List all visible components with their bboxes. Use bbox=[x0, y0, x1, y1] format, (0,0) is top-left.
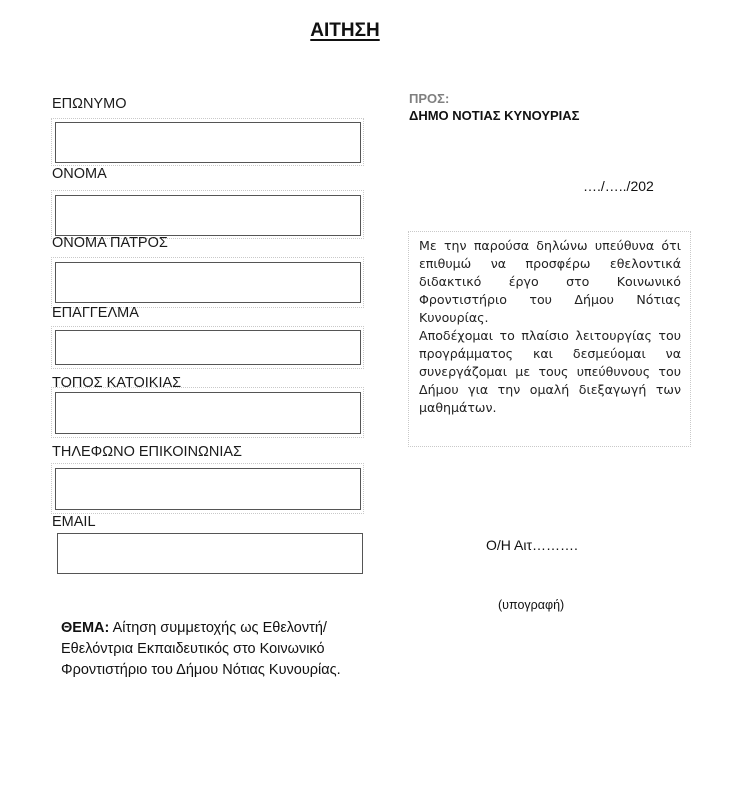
subject-block: ΘΕΜΑ: Αίτηση συμμετοχής ως Εθελοντή/Εθελ… bbox=[61, 618, 351, 681]
email-label: EMAIL bbox=[52, 514, 96, 530]
declaration-paragraph-1: Με την παρούσα δηλώνω υπεύθυνα ότι επιθυ… bbox=[419, 237, 681, 327]
first-name-field[interactable] bbox=[55, 195, 361, 236]
recipient-label: ΠΡΟΣ: bbox=[409, 91, 449, 106]
email-field[interactable] bbox=[57, 533, 363, 574]
applicant-signature-label: Ο/Η Αιτ………. bbox=[486, 537, 578, 553]
surname-field[interactable] bbox=[55, 122, 361, 163]
occupation-label: ΕΠΑΓΓΕΛΜΑ bbox=[52, 305, 139, 321]
occupation-field[interactable] bbox=[55, 330, 361, 365]
father-name-label: ΟΝΟΜΑ ΠΑΤΡΟΣ bbox=[52, 235, 168, 251]
first-name-label: ΟΝΟΜΑ bbox=[52, 166, 107, 182]
residence-field[interactable] bbox=[55, 392, 361, 434]
signature-hint: (υπογραφή) bbox=[498, 598, 564, 612]
father-name-field[interactable] bbox=[55, 262, 361, 303]
recipient-name: ΔΗΜΟ ΝΟΤΙΑΣ ΚΥΝΟΥΡΙΑΣ bbox=[409, 108, 579, 123]
page-title: ΑΙΤΗΣΗ bbox=[0, 20, 690, 42]
subject-label: ΘΕΜΑ: bbox=[61, 620, 109, 636]
surname-label: ΕΠΩΝΥΜΟ bbox=[52, 96, 126, 112]
date-placeholder: …./…../202 bbox=[583, 178, 654, 194]
declaration-box: Με την παρούσα δηλώνω υπεύθυνα ότι επιθυ… bbox=[408, 231, 691, 447]
phone-field[interactable] bbox=[55, 468, 361, 510]
phone-label: ΤΗΛΕΦΩΝΟ ΕΠΙΚΟΙΝΩΝΙΑΣ bbox=[52, 444, 242, 460]
declaration-paragraph-2: Αποδέχομαι το πλαίσιο λειτουργίας του πρ… bbox=[419, 327, 681, 417]
